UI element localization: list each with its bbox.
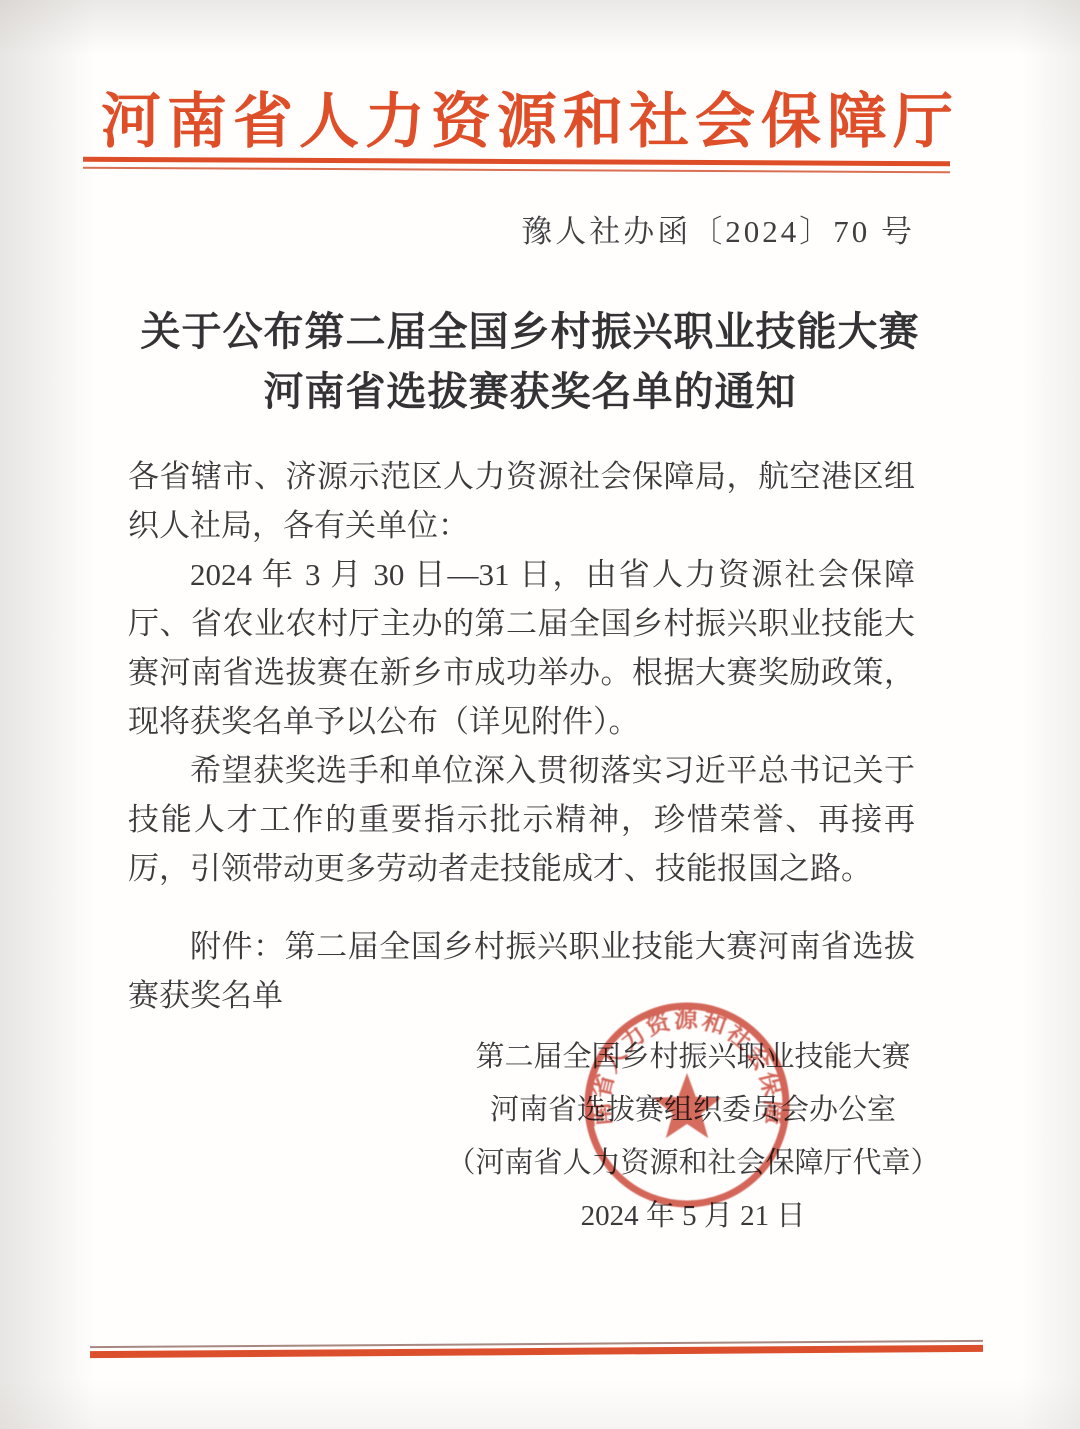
body-paragraph: 希望获奖选手和单位深入贯彻落实习近平总书记关于技能人才工作的重要指示批示精神，珍… [128, 746, 915, 893]
header-divider-thin-line [83, 167, 950, 174]
footer-divider [90, 1340, 983, 1358]
salutation: 各省辖市、济源示范区人力资源社会保障局，航空港区组织人社局，各有关单位： [128, 452, 915, 550]
notice-title: 关于公布第二届全国乡村振兴职业技能大赛 河南省选拔赛获奖名单的通知 [0, 302, 1060, 422]
body-paragraph: 2024 年 3 月 30 日—31 日，由省人力资源社会保障厅、省农业农村厅主… [128, 550, 915, 746]
notice-title-line2: 河南省选拔赛获奖名单的通知 [0, 362, 1060, 422]
attachment-line: 附件：第二届全国乡村振兴职业技能大赛河南省选拔赛获奖名单 [128, 922, 915, 1020]
document-body: 各省辖市、济源示范区人力资源社会保障局，航空港区组织人社局，各有关单位： 202… [128, 452, 915, 1020]
doc-number: 豫人社办函〔2024〕70 号 [521, 206, 915, 251]
official-document-page: 河南省人力资源和社会保障厅 豫人社办函〔2024〕70 号 关于公布第二届全国乡… [0, 0, 1080, 1429]
seal-star-icon [653, 1073, 721, 1138]
agency-title: 河南省人力资源和社会保障厅 [0, 74, 1060, 160]
notice-title-line1: 关于公布第二届全国乡村振兴职业技能大赛 [0, 302, 1060, 362]
official-seal: 河南省人力资源和社会保障厅 [578, 1001, 796, 1209]
